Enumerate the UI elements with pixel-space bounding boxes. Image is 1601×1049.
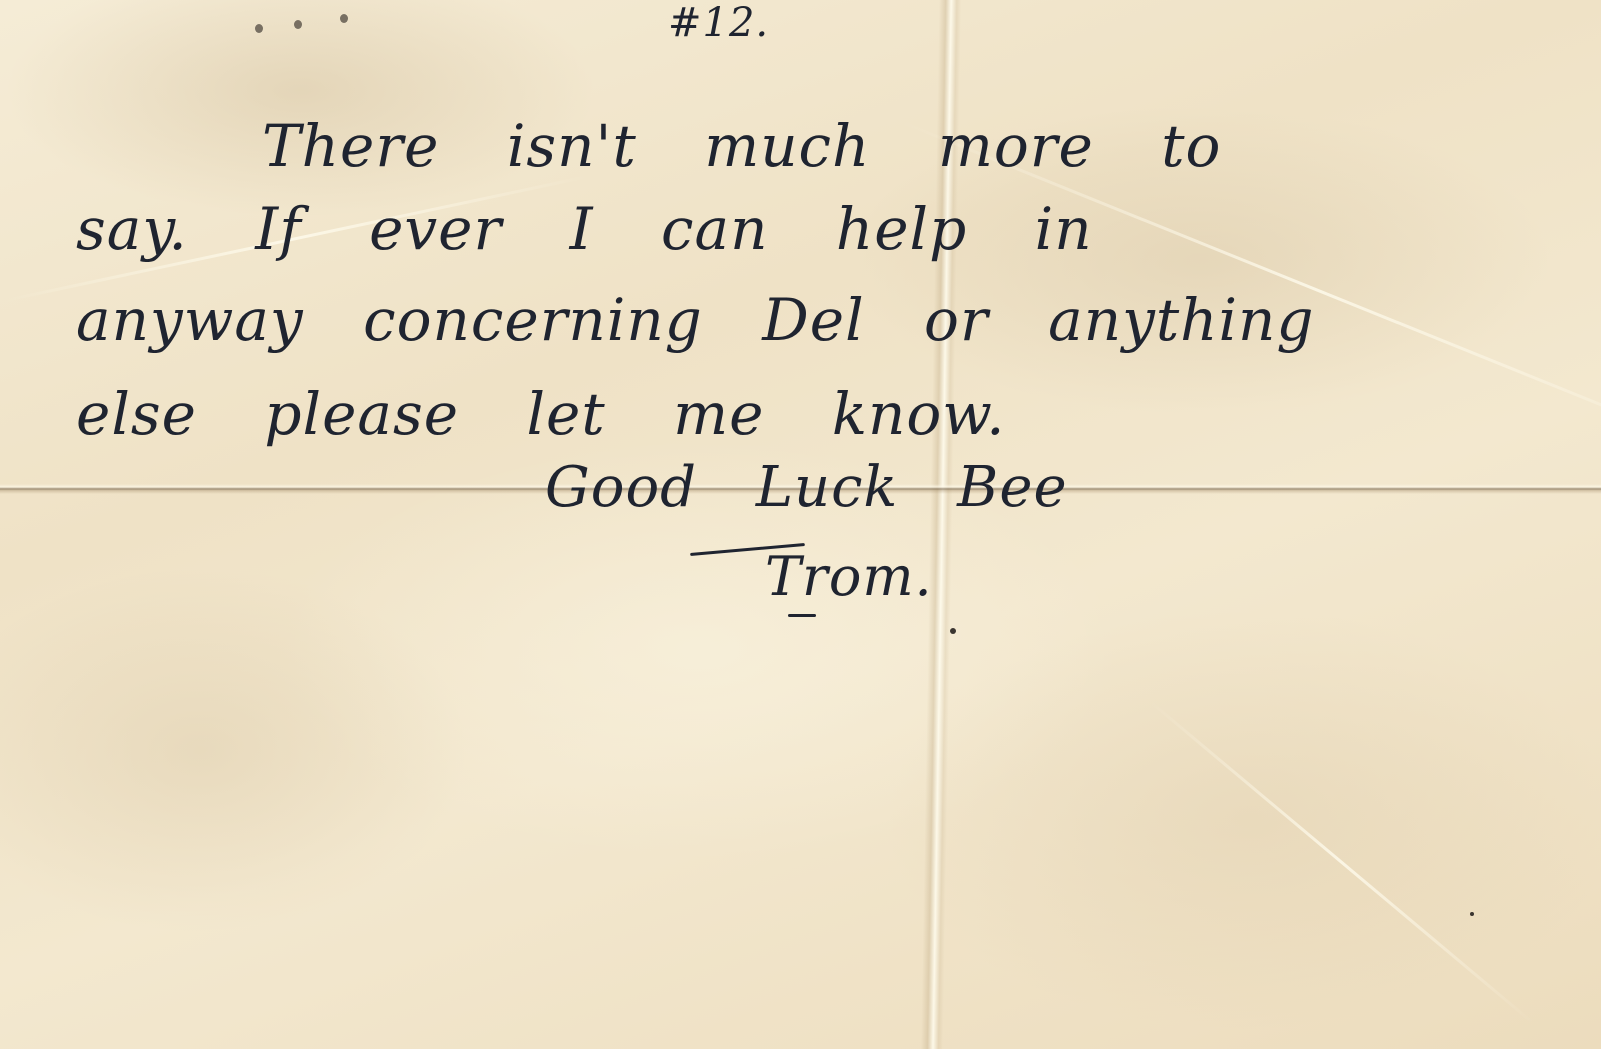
letter-body-line-1: There isn't much more to — [262, 112, 1221, 180]
ink-dot — [950, 628, 956, 634]
paper-wrinkle — [1149, 700, 1534, 1024]
letter-page: #12. There isn't much more to say. If ev… — [0, 0, 1601, 1049]
letter-body-line-4: else please let me know. — [76, 380, 1006, 448]
signature-underline — [788, 614, 816, 617]
ink-speck — [1470, 912, 1474, 916]
letter-signature: Trom. — [765, 545, 933, 608]
page-reference-number: #12. — [668, 0, 769, 46]
letter-body-line-3: anyway concerning Del or anything — [76, 286, 1315, 354]
letter-closing: Good Luck Bee — [545, 455, 1068, 520]
letter-body-line-2: say. If ever I can help in — [76, 195, 1093, 263]
paper-blemish — [255, 24, 263, 33]
paper-blemish — [294, 20, 302, 29]
paper-blemish — [340, 14, 348, 23]
